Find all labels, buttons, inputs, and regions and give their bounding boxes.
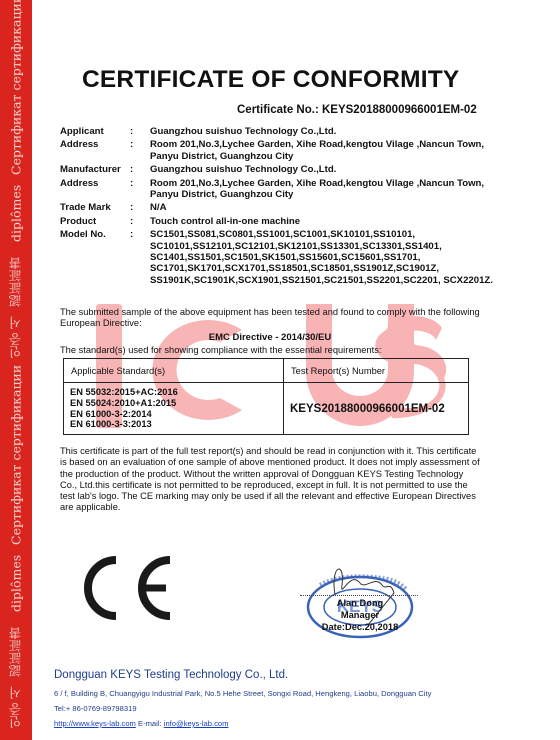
signature-date: Date:Dec.20,2018	[300, 622, 420, 632]
page-title: CERTIFICATE OF CONFORMITY	[82, 66, 459, 94]
field-value: Room 201,No.3,Lychee Garden, Xihe Road,k…	[150, 139, 490, 162]
sidebar-strip: Сертификат сертификации diplômes 認証証書 인증…	[0, 0, 32, 740]
footer-tel: Tel:+ 86-0769-89798319	[54, 704, 137, 713]
standard-item: EN 55024:2010+A1:2015	[70, 398, 277, 409]
header-test-report-number: Test Report(s) Number	[284, 359, 469, 383]
field-manufacturer-address: Address : Room 201,No.3,Lychee Garden, X…	[60, 178, 495, 201]
signature-line	[300, 595, 418, 596]
field-colon: :	[130, 139, 150, 162]
certificate-fields: Applicant : Guangzhou suishuo Technology…	[60, 126, 495, 288]
directive-name: EMC Directive - 2014/30/EU	[60, 332, 480, 343]
field-label: Address	[60, 178, 130, 201]
header-applicable-standards: Applicable Standard(s)	[64, 359, 284, 383]
field-label: Model No.	[60, 229, 130, 286]
sidebar-label-russian: Сертификат сертификации	[0, 372, 32, 537]
footer-contacts: http://www.keys-lab.com E-mail: info@key…	[54, 719, 228, 728]
table-header-row: Applicable Standard(s) Test Report(s) Nu…	[64, 359, 469, 383]
field-colon: :	[130, 229, 150, 286]
field-manufacturer: Manufacturer : Guangzhou suishuo Technol…	[60, 164, 495, 175]
field-colon: :	[130, 216, 150, 227]
field-value: N/A	[150, 202, 490, 213]
field-label: Trade Mark	[60, 202, 130, 213]
sidebar-label-korean: 인증 서	[0, 314, 32, 360]
field-colon: :	[130, 164, 150, 175]
field-label: Product	[60, 216, 130, 227]
field-colon: :	[130, 202, 150, 213]
field-model-no: Model No. : SC1501,SS081,SC0801,SS1001,S…	[60, 229, 495, 286]
field-trade-mark: Trade Mark : N/A	[60, 202, 495, 213]
standards-list: EN 55032:2015+AC:2016 EN 55024:2010+A1:2…	[64, 383, 284, 435]
table-row: EN 55032:2015+AC:2016 EN 55024:2010+A1:2…	[64, 383, 469, 435]
test-report-number: KEYS20188000966001EM-02	[284, 383, 469, 435]
field-value: Guangzhou suishuo Technology Co.,Ltd.	[150, 126, 490, 137]
certificate-number: Certificate No.: KEYS20188000966001EM-02	[237, 104, 477, 116]
sidebar-label-japanese: 認証証書	[0, 262, 32, 302]
email-label: E-mail:	[138, 719, 162, 728]
signatory-role: Manager	[300, 610, 420, 620]
field-value: Guangzhou suishuo Technology Co.,Ltd.	[150, 164, 490, 175]
field-value: SC1501,SS081,SC0801,SS1001,SC1001,SK1010…	[150, 229, 495, 286]
field-applicant: Applicant : Guangzhou suishuo Technology…	[60, 126, 495, 137]
sidebar-label-russian: Сертификат сертификации	[0, 2, 32, 167]
field-label: Applicant	[60, 126, 130, 137]
standards-intro: The standard(s) used for showing complia…	[60, 345, 480, 356]
field-colon: :	[130, 126, 150, 137]
ce-mark-icon	[78, 556, 178, 620]
signatory-name: Alan Dong	[300, 598, 420, 608]
field-label: Address	[60, 139, 130, 162]
email-link[interactable]: info@keys-lab.com	[164, 719, 229, 728]
field-value: Touch control all-in-one machine	[150, 216, 490, 227]
footer-company-name: Dongguan KEYS Testing Technology Co., Lt…	[54, 669, 288, 681]
compliance-intro: The submitted sample of the above equipm…	[60, 307, 480, 330]
sidebar-label-japanese: 認証証書	[0, 632, 32, 672]
website-link[interactable]: http://www.keys-lab.com	[54, 719, 136, 728]
field-applicant-address: Address : Room 201,No.3,Lychee Garden, X…	[60, 139, 495, 162]
standards-table: Applicable Standard(s) Test Report(s) Nu…	[63, 358, 469, 435]
standard-item: EN 61000-3-2:2014	[70, 409, 277, 420]
footer-address: 6 / f, Building B, Chuangyigu Industrial…	[54, 689, 431, 698]
standard-item: EN 61000-3-3:2013	[70, 419, 277, 430]
field-label: Manufacturer	[60, 164, 130, 175]
field-colon: :	[130, 178, 150, 201]
disclaimer-text: This certificate is part of the full tes…	[60, 446, 480, 514]
sidebar-label-french: diplômes	[0, 553, 32, 613]
field-product: Product : Touch control all-in-one machi…	[60, 216, 495, 227]
sidebar-label-french: diplômes	[0, 183, 32, 243]
sidebar-label-korean: 인증 서	[0, 684, 32, 730]
field-value: Room 201,No.3,Lychee Garden, Xihe Road,k…	[150, 178, 490, 201]
standard-item: EN 55032:2015+AC:2016	[70, 387, 277, 398]
